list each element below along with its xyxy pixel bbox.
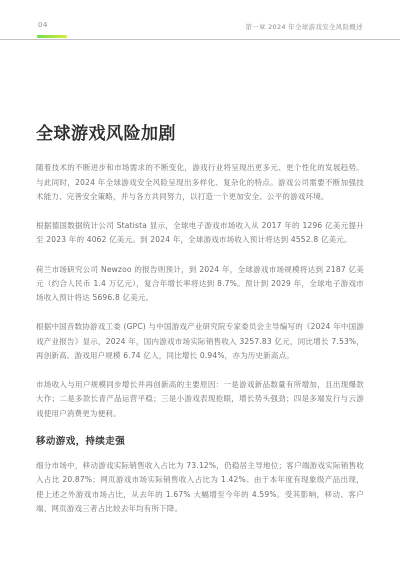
document-page: 04 第一章 2024 年全球游戏安全风险概述 全球游戏风险加剧 随着技术的不断… xyxy=(0,0,400,565)
body-paragraph-2: 根据德国数据统计公司 Statista 显示，全球电子游戏市场收入从 2017 … xyxy=(36,219,364,248)
page-title: 全球游戏风险加剧 xyxy=(36,124,364,144)
section-heading: 移动游戏，持续走强 xyxy=(36,436,364,448)
body-paragraph-1: 随着技术的不断进步和市场需求的不断变化，游戏行业将呈现出更多元、更个性化的发展趋… xyxy=(36,161,364,204)
body-paragraph-5: 市场收入与用户规模同步增长并再创新高的主要原因：一是游戏新品数量有所增加，且出现… xyxy=(36,378,364,421)
section-paragraph-1: 细分市场中，移动游戏实际销售收入占比为 73.12%，仍稳居主导地位；客户端游戏… xyxy=(36,459,364,516)
page-content: 全球游戏风险加剧 随着技术的不断进步和市场需求的不断变化，游戏行业将呈现出更多元… xyxy=(36,0,364,516)
body-paragraph-4: 根据中国音数协游戏工委 (GPC) 与中国游戏产业研究院专家委员会主导编写的《2… xyxy=(36,320,364,363)
body-paragraph-3: 荷兰市场研究公司 Newzoo 的报告则预计，到 2024 年，全球游戏市场规模… xyxy=(36,263,364,306)
